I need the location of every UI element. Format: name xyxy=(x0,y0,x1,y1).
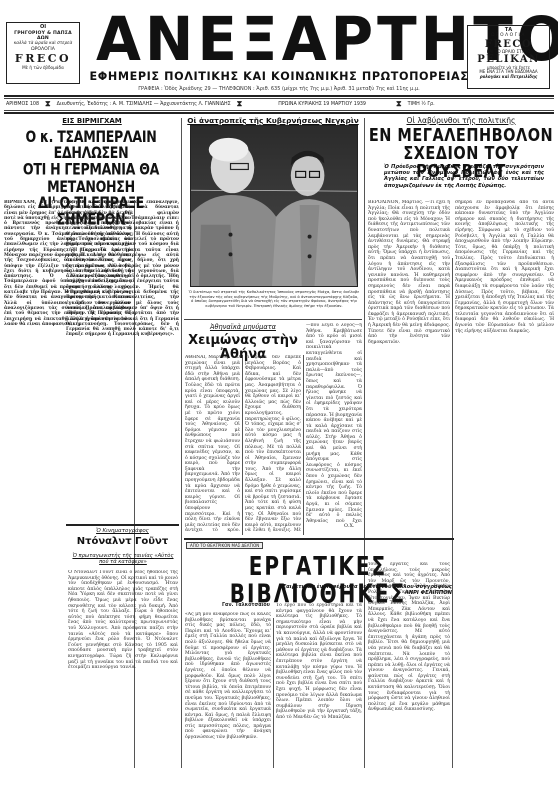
athens-signature: Ο.Χ. xyxy=(344,524,354,529)
issue-number: ΑΡΙΘΜΟΣ 108 xyxy=(6,102,39,107)
roosevelt-body-col2: σήμερα ἐν προπαγάνδα ἀπὸ τὰ αὐτὰ πάσχουσ… xyxy=(455,200,554,760)
column-divider xyxy=(242,355,243,535)
issue-date: ΠΡΩΙΝΑ ΚΥΡΙΑΚΗΣ 19 ΜΑΡΤΙΟΥ 1939 xyxy=(278,102,366,107)
film-body: Ὁ Ντόναλντ Γοῦντ εἶναι ὁ νέος ἠθοποιὸς τ… xyxy=(68,570,178,768)
ad-box-freco-pelikan-right: ΤΑ ΩΡΟΛΟΓΙΑ FRECO ΚΑΙ ΤΟ ΩΡΑΙΟ ΣΤΥΛΟ PEL… xyxy=(467,25,550,89)
masthead-rule-top xyxy=(4,95,554,97)
ad-left-line6: Μὲ ἢ τῶν ἐβδομάδα xyxy=(9,66,77,71)
ad-right-brand2: PELIKAN xyxy=(470,54,547,65)
film-box-rule xyxy=(66,524,179,526)
birmingham-headline-line2: ΟΤΙ Η ΓΕΡΜΑΝΙΑ ΘΑ ΜΕΤΑΝΟΗΣΗ xyxy=(2,161,180,194)
column-divider xyxy=(452,258,453,768)
photo-caption: Ὁ δικτάτωρ τοῦ στρατοῦ τῆς Καθολικότητας… xyxy=(188,290,360,308)
roosevelt-body-col1: ΒΕΡΟΛΙΝΟΝ, Μάρτιος. —Τί ἔχει ἡ Ἀγγλία; Π… xyxy=(368,200,450,560)
athens-body-col3: —ποὺ λέγει ὁ λόγος—ἡ Ἀθήνα. Κρεββάτωσε ἀ… xyxy=(306,323,362,523)
info-bar: ΑΡΙΘΜΟΣ 108 ⧗ Διευθυντής, Ἐκδότης : Α. Μ… xyxy=(6,98,552,110)
ad-left-line3: καλλὰ τὰ ὡραῖα καὶ στερεὰ xyxy=(9,41,77,46)
photo-image xyxy=(191,126,357,286)
libraries-body-col2: Τὸ ἔργο ποὺ τὸ ἐργαστήρια καὶ τὰ κέντρα … xyxy=(276,603,362,768)
editorial-staff: Διευθυντής, Ἐκδότης : Α. Μ. ΤΣΙΜΙΔΛΗΣ — … xyxy=(57,102,231,107)
film-deck: Ὁ πρωταγωνιστὴς τῆς ταινίας «Αὐτὸς ποὺ τ… xyxy=(68,553,178,565)
film-kicker: Ὁ Κινηματογράφος xyxy=(66,528,179,534)
birmingham-body-col2: κόσμον ὁλοκλήρου καὶ κατ' ἐπανάληψιν, τό… xyxy=(66,200,179,520)
hourglass-ornament-icon: ⧗ xyxy=(237,100,243,108)
ad-box-freco-left: ΟΙ ΓΡΗΓΟΡΙΟΥ & ΠΑΠΣΑ ΔΩΝ καλλὰ τὰ ὡραῖα … xyxy=(6,22,80,84)
newspaper-front-page: ΟΙ ΓΡΗΓΟΡΙΟΥ & ΠΑΠΣΑ ΔΩΝ καλλὰ τὰ ὡραῖα … xyxy=(0,0,558,800)
libraries-banner: ΑΠΟ ΤΟ ΘΕΑΤΡΙΚΟΝ ΜΑΣ ΔΕΛΤΙΟΝ xyxy=(186,542,263,549)
photo-kicker: Οἱ ἀνατροπεῖς τῆς Κυβερνήσεως Νεγκρὶν xyxy=(184,116,362,125)
birmingham-headline-line1: Ο κ. ΤΣΑΜΠΕΡΛΑΙΝ ΕΔΗΛΩΣΕΝ xyxy=(2,128,180,161)
hourglass-ornament-icon: ⧗ xyxy=(45,100,51,108)
column-divider xyxy=(364,118,365,768)
athens-body-col2: τί φέρει δὲν ἔπρεπε μεγάλος Βορέας ὁ Φεβ… xyxy=(245,355,301,533)
column-divider xyxy=(273,618,274,768)
libraries-body-col1: «Ας μὴ μοῦ ἀναφέρουν πὼς οἱ καλὲς βιβλιο… xyxy=(185,612,271,768)
issue-price: ΤΙΜΗ ½ Γρ. xyxy=(408,102,435,107)
column-divider xyxy=(181,118,182,768)
photo-miaja-casado xyxy=(190,125,358,287)
libraries-body-col3: τοὺς ἐργάτες καὶ τοὺς ὑπαλλήλους, τοὺς μ… xyxy=(368,562,450,768)
masthead-rule-bottom xyxy=(4,112,554,114)
roosevelt-deck: Ὁ Πρόεδρος τῆς Ἀμερικῆς σχεδιάζει τὴν συ… xyxy=(384,164,544,189)
athens-kicker: Ἀθηναϊκὰ μηνύματα xyxy=(184,323,302,331)
ad-right-line8: ρολογάκι καὶ Πετρειλίδης xyxy=(470,75,547,79)
masthead-subtitle: ΕΦΗΜΕΡΙΣ ΠΟΛΙΤΙΚΗΣ ΚΑΙ ΚΟΙΝΩΝΙΚΗΣ ΠΡΩΤΟΠ… xyxy=(88,70,470,83)
birmingham-kicker: ΕΙΣ ΒΙΡΜΙΓΧΑΜ xyxy=(4,117,180,125)
masthead-offices: ΓΡΑΦΕΙΑ : Ὁδὸς Ἀριάδνης 29 — ΤΗΛΕΦΩΝΟΝ :… xyxy=(88,86,470,92)
libraries-byline: Γαν. Ταλκοτσαίου xyxy=(222,603,270,608)
hourglass-ornament-icon: ⧗ xyxy=(396,100,402,108)
athens-body-col1: ΑΘΗΝΑΙ, Μάρτιος. —Ὁ χειμώνας εἶναι μιὰ σ… xyxy=(185,355,240,533)
roosevelt-kicker: Οἱ λαβύρινθοι τῆς πολιτικῆς xyxy=(368,116,554,125)
athens-rule xyxy=(184,319,362,320)
masthead-title: ΑΝΕΞΑΡΤΗΤΟΣ xyxy=(96,9,462,70)
film-headline: Ντόναλντ Γοῦντ xyxy=(66,537,179,548)
masthead-rule-bottom-thin xyxy=(4,110,554,111)
roosevelt-headline-line1: ΕΝ ΜΕΓΑΛΕΠΗΒΟΛΟΝ xyxy=(366,128,556,146)
column-divider xyxy=(303,355,304,535)
